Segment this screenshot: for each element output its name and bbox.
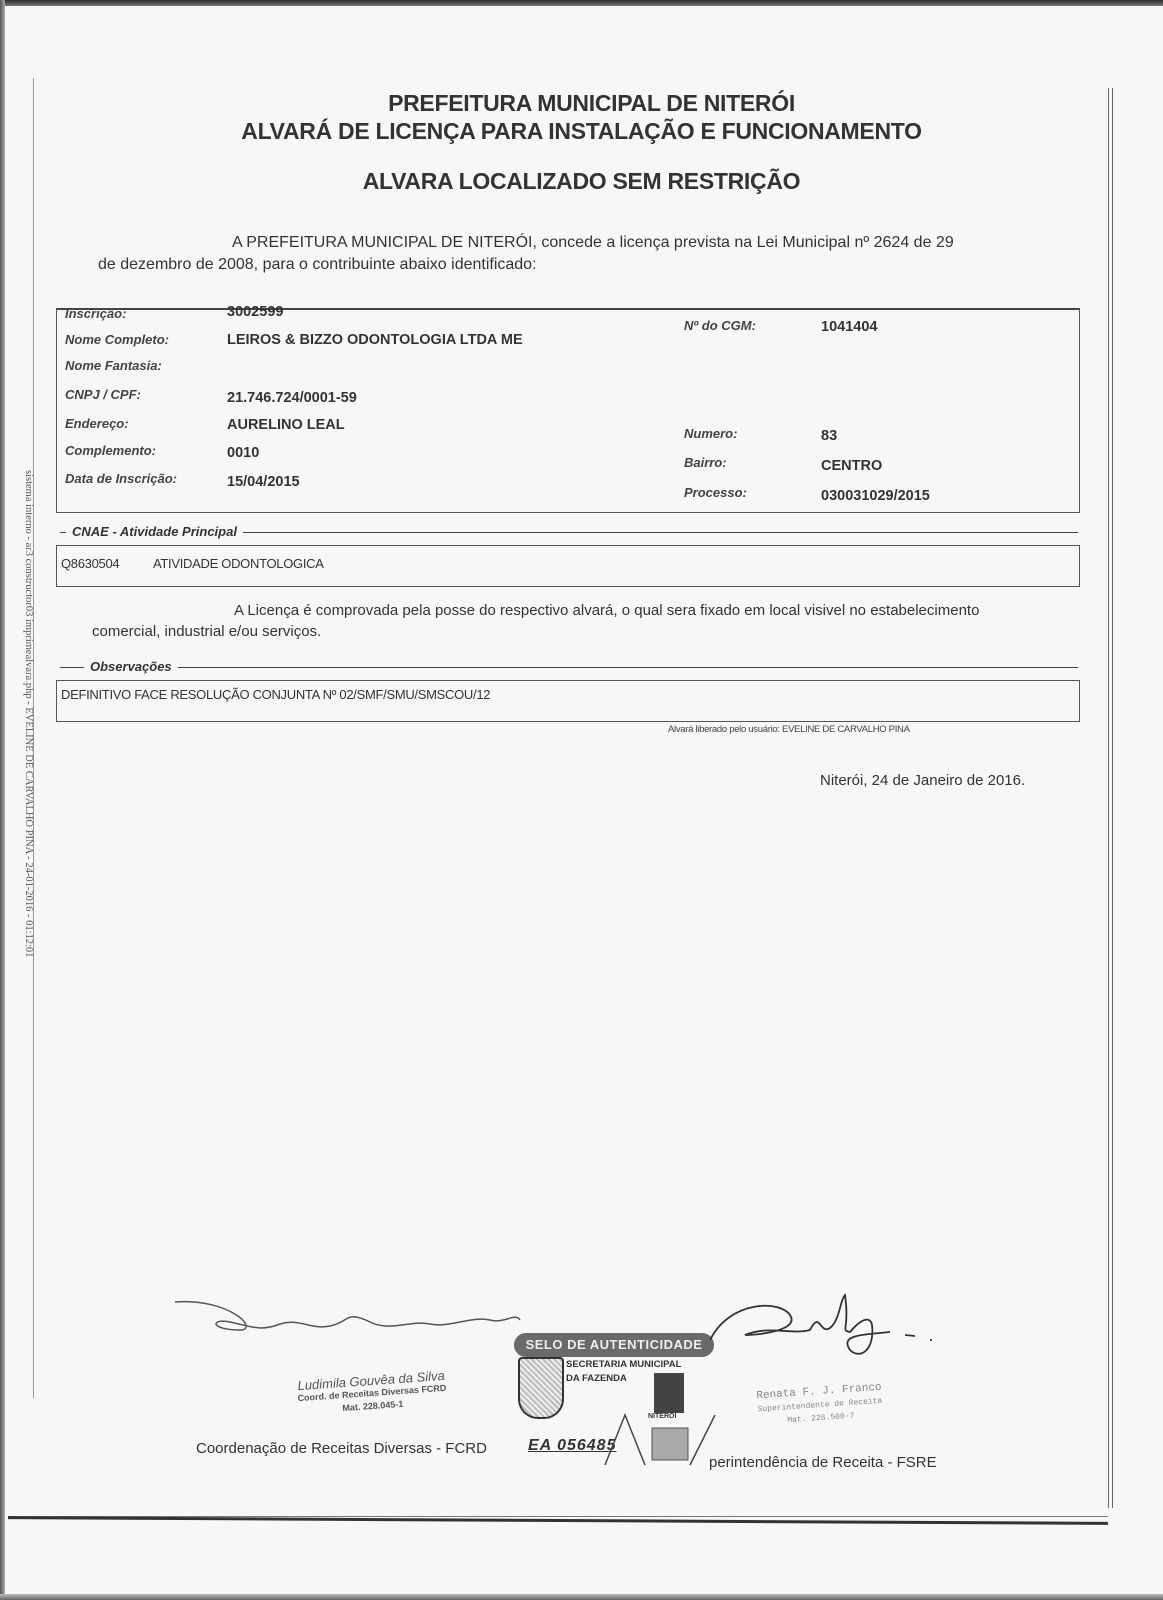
header-line-1: PREFEITURA MUNICIPAL DE NITERÓI xyxy=(0,90,1163,117)
bairro-label: Bairro: xyxy=(684,455,727,470)
license-line-1: A Licença é comprovada pela posse do res… xyxy=(92,600,1077,621)
seal-org-2: DA FAZENDA xyxy=(566,1373,627,1384)
intro-line-2: de dezembro de 2008, para o contribuinte… xyxy=(98,254,1078,276)
footer-right-text: perintendência de Receita - FSRE xyxy=(709,1454,937,1471)
inscricao-label: Inscrição: xyxy=(65,306,126,321)
taxpayer-box: Inscrição: 3002599 Nome Completo: LEIROS… xyxy=(56,308,1080,513)
cnae-box: Q8630504 ATIVIDADE ODONTOLOGICA xyxy=(56,545,1080,587)
processo-value: 030031029/2015 xyxy=(821,488,930,504)
cgm-value: 1041404 xyxy=(821,319,877,335)
intro-line-1: A PREFEITURA MUNICIPAL DE NITERÓI, conce… xyxy=(98,232,1078,254)
processo-label: Processo: xyxy=(684,485,747,500)
left-signature-icon xyxy=(170,1290,530,1360)
scan-left-edge xyxy=(0,0,5,1600)
endereco-value: AURELINO LEAL xyxy=(227,417,345,433)
cnpj-value: 21.746.724/0001-59 xyxy=(227,390,357,406)
right-signature-block: Renata F. J. Franco Superintendente de R… xyxy=(739,1380,901,1430)
niteroi-crest-icon xyxy=(518,1357,564,1419)
issue-date: Niterói, 24 de Janeiro de 2016. xyxy=(820,772,1025,789)
niteroi-logo-icon xyxy=(654,1373,684,1413)
data-inscricao-value: 15/04/2015 xyxy=(227,474,300,490)
scan-bottom-edge xyxy=(0,1594,1163,1600)
footer-left-text: Coordenação de Receitas Diversas - FCRD xyxy=(196,1440,487,1457)
right-border-line xyxy=(1108,88,1113,1508)
license-line-2: comercial, industrial e/ou serviços. xyxy=(92,621,1077,642)
complemento-value: 0010 xyxy=(227,445,259,461)
numero-value: 83 xyxy=(821,428,837,444)
observacoes-text: DEFINITIVO FACE RESOLUÇÃO CONJUNTA Nº 02… xyxy=(61,687,490,702)
seal-banner: SELO DE AUTENTICIDADE xyxy=(514,1333,714,1357)
observacoes-title: Observações xyxy=(84,659,178,674)
complemento-label: Complemento: xyxy=(65,443,156,458)
bairro-value: CENTRO xyxy=(821,458,882,474)
license-paragraph: A Licença é comprovada pela posse do res… xyxy=(92,600,1077,642)
cnae-description: ATIVIDADE ODONTOLOGICA xyxy=(153,556,324,571)
released-by: Alvará liberado pelo usuário: EVELINE DE… xyxy=(668,724,910,735)
nome-completo-label: Nome Completo: xyxy=(65,332,169,347)
inscricao-value: 3002599 xyxy=(227,304,283,320)
endereco-label: Endereço: xyxy=(65,416,129,431)
nome-fantasia-label: Nome Fantasia: xyxy=(65,358,162,373)
header-line-2: ALVARÁ DE LICENÇA PARA INSTALAÇÃO E FUNC… xyxy=(0,118,1163,145)
right-signature-icon xyxy=(690,1290,960,1380)
observacoes-section-line xyxy=(60,667,1078,668)
cnpj-label: CNPJ / CPF: xyxy=(65,387,141,402)
header-line-3: ALVARA LOCALIZADO SEM RESTRIÇÃO xyxy=(0,168,1163,195)
cnae-title: CNAE - Atividade Principal xyxy=(66,524,243,539)
numero-label: Numero: xyxy=(684,426,737,441)
left-signature-block: Ludimila Gouvêa da Silva Coord. de Recei… xyxy=(281,1368,463,1419)
bottom-border-line xyxy=(8,1516,1108,1525)
cnae-code: Q8630504 xyxy=(61,556,119,571)
cgm-label: Nº do CGM: xyxy=(684,318,756,333)
side-print-info: sistema interno - ar3 constructor03 impr… xyxy=(20,470,34,990)
data-inscricao-label: Data de Inscrição: xyxy=(65,471,177,486)
intro-paragraph: A PREFEITURA MUNICIPAL DE NITERÓI, conce… xyxy=(98,232,1078,276)
observacoes-box: DEFINITIVO FACE RESOLUÇÃO CONJUNTA Nº 02… xyxy=(56,680,1080,722)
nome-completo-value: LEIROS & BIZZO ODONTOLOGIA LTDA ME xyxy=(227,332,523,348)
stamp-check-icon xyxy=(600,1410,720,1470)
seal-org-1: SECRETARIA MUNICIPAL xyxy=(566,1359,681,1370)
scan-top-edge xyxy=(0,0,1163,6)
